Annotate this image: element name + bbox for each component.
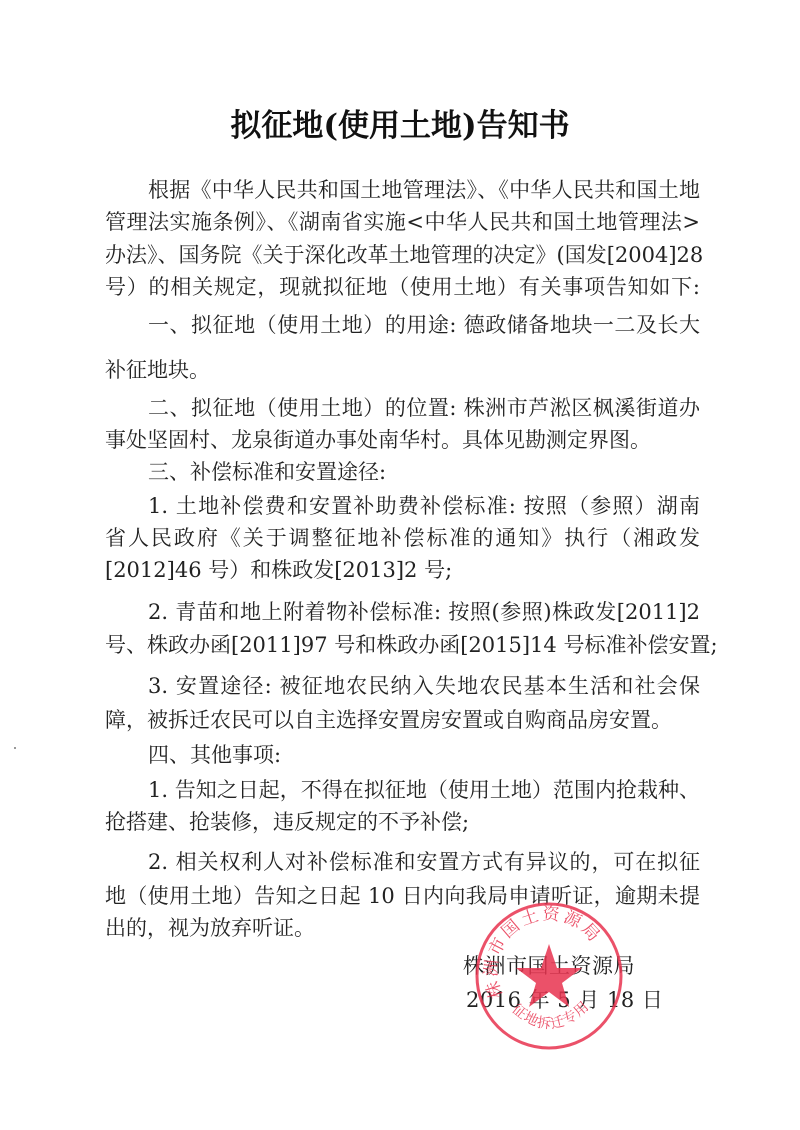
- scan-speck: [14, 747, 16, 749]
- paragraph-line: 办法》、国务院《关于深化改革土地管理的决定》(国发[2004]28: [105, 241, 700, 269]
- paragraph-line: [2012]46 号）和株政发[2013]2 号;: [105, 556, 700, 584]
- paragraph-line: 管理法实施条例》、《湖南省实施<中华人民共和国土地管理法>: [105, 208, 700, 236]
- paragraph-line: 省人民政府《关于调整征地补偿标准的通知》执行（湘政发: [105, 524, 700, 552]
- paragraph-line: 2. 相关权利人对补偿标准和安置方式有异议的，可在拟征: [148, 848, 700, 876]
- paragraph-line: 补征地块。: [105, 356, 700, 384]
- seal-icon: 株洲市国土资源局 征地拆迁专用章: [473, 900, 625, 1052]
- paragraph-line: 一、拟征地（使用土地）的用途: 德政储备地块一二及长大: [148, 311, 700, 339]
- official-seal: 株洲市国土资源局 征地拆迁专用章: [473, 900, 625, 1052]
- paragraph-line: 抢搭建、抢装修，违反规定的不予补偿;: [105, 808, 700, 836]
- paragraph-line: 根据《中华人民共和国土地管理法》、《中华人民共和国土地: [148, 176, 700, 204]
- paragraph-line: 事处坚固村、龙泉街道办事处南华村。具体见勘测定界图。: [105, 426, 700, 454]
- paragraph-line: 障，被拆迁农民可以自主选择安置房安置或自购商品房安置。: [105, 706, 700, 734]
- paragraph-line: 四、其他事项:: [148, 741, 700, 769]
- paragraph-line: 号）的相关规定，现就拟征地（使用土地）有关事项告知如下:: [105, 273, 700, 301]
- paragraph-line: 二、拟征地（使用土地）的位置: 株洲市芦淞区枫溪街道办: [148, 394, 700, 422]
- paragraph-line: 三、补偿标准和安置途径:: [148, 458, 700, 486]
- paragraph-line: 3. 安置途径: 被征地农民纳入失地农民基本生活和社会保: [148, 672, 700, 700]
- document-title: 拟征地(使用土地)告知书: [0, 100, 800, 145]
- paragraph-line: 号、株政办函[2011]97 号和株政办函[2015]14 号标准补偿安置;: [105, 631, 700, 659]
- paragraph-line: 1. 土地补偿费和安置补助费补偿标准: 按照（参照）湖南: [148, 492, 700, 520]
- paragraph-line: 2. 青苗和地上附着物补偿标准: 按照(参照)株政发[2011]2: [148, 598, 700, 626]
- paragraph-line: 1. 告知之日起，不得在拟征地（使用土地）范围内抢栽种、: [148, 776, 700, 804]
